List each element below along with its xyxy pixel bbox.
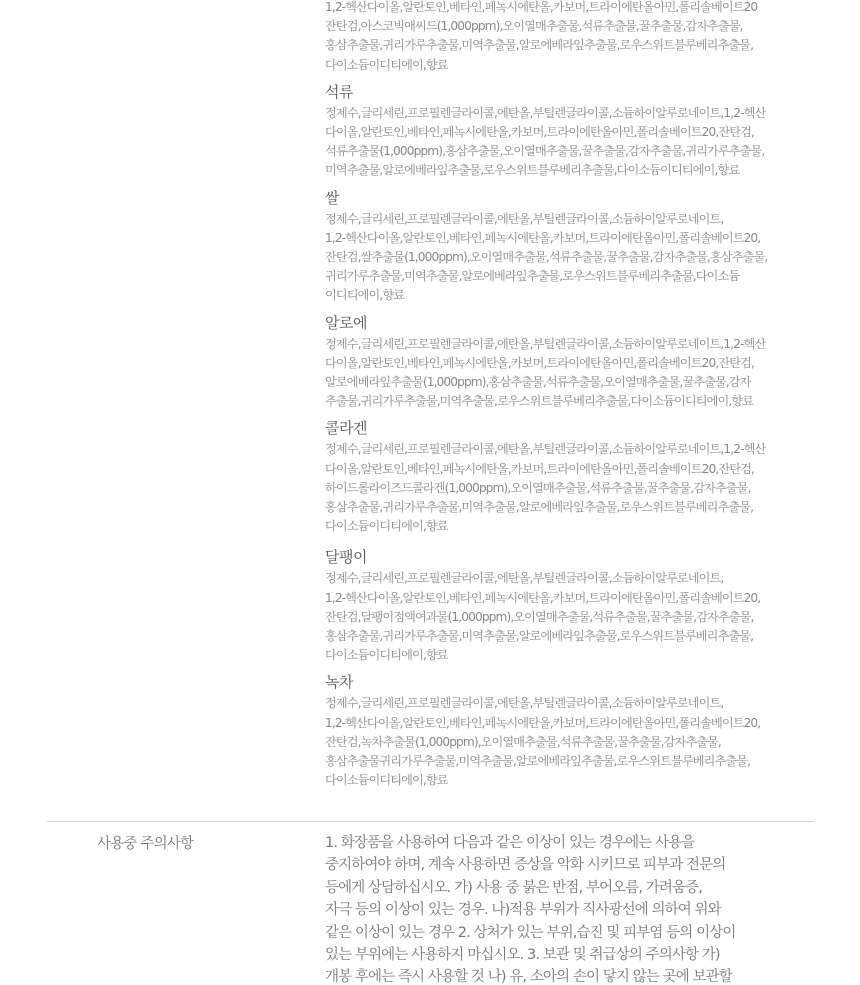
ingredient-line: 알로에베라잎추출물(1,000ppm),홍삼추출물,석류추출물,오이열매추출물,… (325, 373, 825, 392)
ingredient-line: 이디티에이,향료 (325, 286, 825, 305)
ingredient-block-title: 녹차 (325, 671, 825, 693)
ingredient-line: 석류추출물(1,000ppm),홍삼추출물,오이열매추출물,꿀추출물,감자추출물… (325, 142, 825, 161)
ingredient-list: 정제수,글리세린,프로필렌글라이콜,에탄올,부틸렌글라이콜,소듐하이알루로네이트… (325, 335, 825, 412)
ingredient-block-title: 쌀 (325, 187, 825, 209)
ingredient-line: 다이소듐이디티에이,향료 (325, 56, 825, 75)
ingredient-line: 홍삼추출물,귀리가루추출물,미역추출물,알로에베라잎추출물,로우스위트블루베리추… (325, 498, 825, 517)
section-divider (47, 821, 813, 822)
ingredient-line: 1,2-헥산다이올,알란토인,베타인,페녹시에탄올,카보머,트라이에탄올아민,폴… (325, 714, 825, 733)
ingredient-line: 정제수,글리세린,프로필렌글라이콜,에탄올,부틸렌글라이콜,소듐하이알루로네이트… (325, 210, 825, 229)
ingredient-list: 정제수,글리세린,프로필렌글라이콜,에탄올,부틸렌글라이콜,소듐하이알루로네이트… (325, 694, 825, 790)
ingredient-line: 정제수,글리세린,프로필렌글라이콜,에탄올,부틸렌글라이콜,소듐하이알루로네이트… (325, 104, 825, 123)
ingredient-line: 추출물,귀리가루추출물,미역추출물,로우스위트블루베리추출물,다이소듐이디티에이… (325, 392, 825, 411)
caution-line: 1. 화장품을 사용하여 다음과 같은 이상이 있는 경우에는 사용을 (325, 832, 775, 854)
ingredient-line: 다이소듐이디티에이,향료 (325, 646, 825, 665)
ingredient-line: 1,2-헥산다이올,알란토인,베타인,페녹시에탄올,카보머,트라이에탄올아민,폴… (325, 589, 825, 608)
ingredient-line: 다이올,알란토인,베타인,페녹시에탄올,카보머,트라이에탄올아민,폴리솔베이트2… (325, 123, 825, 142)
ingredient-line: 정제수,글리세린,프로필렌글라이콜,에탄올,부틸렌글라이콜,소듐하이알루로네이트… (325, 569, 825, 588)
ingredient-block-title: 콜라겐 (325, 417, 825, 439)
ingredient-line: 귀리가루추출물,미역추출물,알로에베라잎추출물,로우스위트블루베리추출물,다이소… (325, 267, 825, 286)
caution-line: 개봉 후에는 즉시 사용할 것 나) 유, 소아의 손이 닿지 않는 곳에 보관… (325, 966, 775, 985)
caution-line: 있는 부위에는 사용하지 마십시오. 3. 보관 및 취급상의 주의사항 가) (325, 944, 775, 966)
ingredient-block-title: 달팽이 (325, 546, 825, 568)
ingredient-line: 다이소듐이디티에이,향료 (325, 771, 825, 790)
ingredient-line: 정제수,글리세린,프로필렌글라이콜,에탄올,부틸렌글라이콜,소듐하이알루로네이트… (325, 440, 825, 459)
ingredient-line: 다이올,알란토인,베타인,페녹시에탄올,카보머,트라이에탄올아민,폴리솔베이트2… (325, 354, 825, 373)
ingredient-block-collagen: 콜라겐 정제수,글리세린,프로필렌글라이콜,에탄올,부틸렌글라이콜,소듐하이알루… (325, 417, 825, 536)
caution-line: 자극 등의 이상이 있는 경우. 나)적용 부위가 직사광선에 의하여 위와 (325, 899, 775, 921)
ingredient-line: 잔탄검,녹차추출물(1,000ppm),오이열매추출물,석류추출물,꿀추출물,감… (325, 733, 825, 752)
ingredient-block-title: 알로에 (325, 312, 825, 334)
caution-line: 중지하여야 하며, 계속 사용하면 증상을 악화 시키므로 피부과 전문의 (325, 854, 775, 876)
ingredient-line: 1,2-헥산다이올,알란토인,베타인,페녹시에탄올,카보머,트라이에탄올아민,폴… (325, 0, 825, 17)
ingredient-list: 1,2-헥산다이올,알란토인,베타인,페녹시에탄올,카보머,트라이에탄올아민,폴… (325, 0, 825, 75)
ingredient-line: 홍삼추출물,귀리가루추출물,미역추출물,알로에베라잎추출물,로우스위트블루베리추… (325, 36, 825, 55)
ingredient-line: 하이드롤라이즈드콜라겐(1,000ppm),오이열매추출물,석류추출물,꿀추출물… (325, 479, 825, 498)
ingredient-block-title: 석류 (325, 81, 825, 103)
ingredient-block-pomegranate: 석류 정제수,글리세린,프로필렌글라이콜,에탄올,부틸렌글라이콜,소듐하이알루로… (325, 81, 825, 181)
caution-label: 사용중 주의사항 (97, 832, 193, 853)
ingredient-line: 잔탄검,쌀추출물(1,000ppm),오이열매추출물,석류추출물,꿀추출물,감자… (325, 248, 825, 267)
ingredient-line: 홍삼추출물,귀리가루추출물,미역추출물,알로에베라잎추출물,로우스위트블루베리추… (325, 627, 825, 646)
ingredient-block-rice: 쌀 정제수,글리세린,프로필렌글라이콜,에탄올,부틸렌글라이콜,소듐하이알루로네… (325, 187, 825, 306)
caution-line: 같은 이상이 있는 경우 2. 상처가 있는 부위,습진 및 피부염 등의 이상… (325, 922, 775, 944)
ingredients-section: 1,2-헥산다이올,알란토인,베타인,페녹시에탄올,카보머,트라이에탄올아민,폴… (325, 0, 825, 797)
ingredient-list: 정제수,글리세린,프로필렌글라이콜,에탄올,부틸렌글라이콜,소듐하이알루로네이트… (325, 440, 825, 536)
ingredient-block-green-tea: 녹차 정제수,글리세린,프로필렌글라이콜,에탄올,부틸렌글라이콜,소듐하이알루로… (325, 671, 825, 790)
ingredient-line: 다이올,알란토인,베타인,페녹시에탄올,카보머,트라이에탄올아민,폴리솔베이트2… (325, 460, 825, 479)
ingredient-line: 잔탄검,달팽이점액여과물(1,000ppm),오이열매추출물,석류추출물,꿀추출… (325, 608, 825, 627)
ingredient-line: 미역추출물,알로에베라잎추출물,로우스위트블루베리추출물,다이소듐이디티에이,향… (325, 161, 825, 180)
ingredient-block-partial: 1,2-헥산다이올,알란토인,베타인,페녹시에탄올,카보머,트라이에탄올아민,폴… (325, 0, 825, 75)
caution-line: 등에게 상담하십시오. 가) 사용 중 붉은 반점, 부어오름, 가려움증, (325, 877, 775, 899)
ingredient-list: 정제수,글리세린,프로필렌글라이콜,에탄올,부틸렌글라이콜,소듐하이알루로네이트… (325, 210, 825, 306)
ingredient-block-snail: 달팽이 정제수,글리세린,프로필렌글라이콜,에탄올,부틸렌글라이콜,소듐하이알루… (325, 546, 825, 665)
ingredient-list: 정제수,글리세린,프로필렌글라이콜,에탄올,부틸렌글라이콜,소듐하이알루로네이트… (325, 569, 825, 665)
ingredient-block-aloe: 알로에 정제수,글리세린,프로필렌글라이콜,에탄올,부틸렌글라이콜,소듐하이알루… (325, 312, 825, 412)
ingredient-line: 잔탄검,아스코빅애씨드(1,000ppm),오이열매추출물,석류추출물,꿀추출물… (325, 17, 825, 36)
ingredient-line: 정제수,글리세린,프로필렌글라이콜,에탄올,부틸렌글라이콜,소듐하이알루로네이트… (325, 694, 825, 713)
ingredient-line: 다이소듐이디티에이,향료 (325, 517, 825, 536)
ingredient-line: 홍삼추출물귀리가루추출물,미역추출물,알로에베라잎추출물,로우스위트블루베리추출… (325, 752, 825, 771)
ingredient-line: 1,2-헥산다이올,알란토인,베타인,페녹시에탄올,카보머,트라이에탄올아민,폴… (325, 229, 825, 248)
caution-text: 1. 화장품을 사용하여 다음과 같은 이상이 있는 경우에는 사용을 중지하여… (325, 832, 775, 985)
ingredient-list: 정제수,글리세린,프로필렌글라이콜,에탄올,부틸렌글라이콜,소듐하이알루로네이트… (325, 104, 825, 181)
ingredient-line: 정제수,글리세린,프로필렌글라이콜,에탄올,부틸렌글라이콜,소듐하이알루로네이트… (325, 335, 825, 354)
